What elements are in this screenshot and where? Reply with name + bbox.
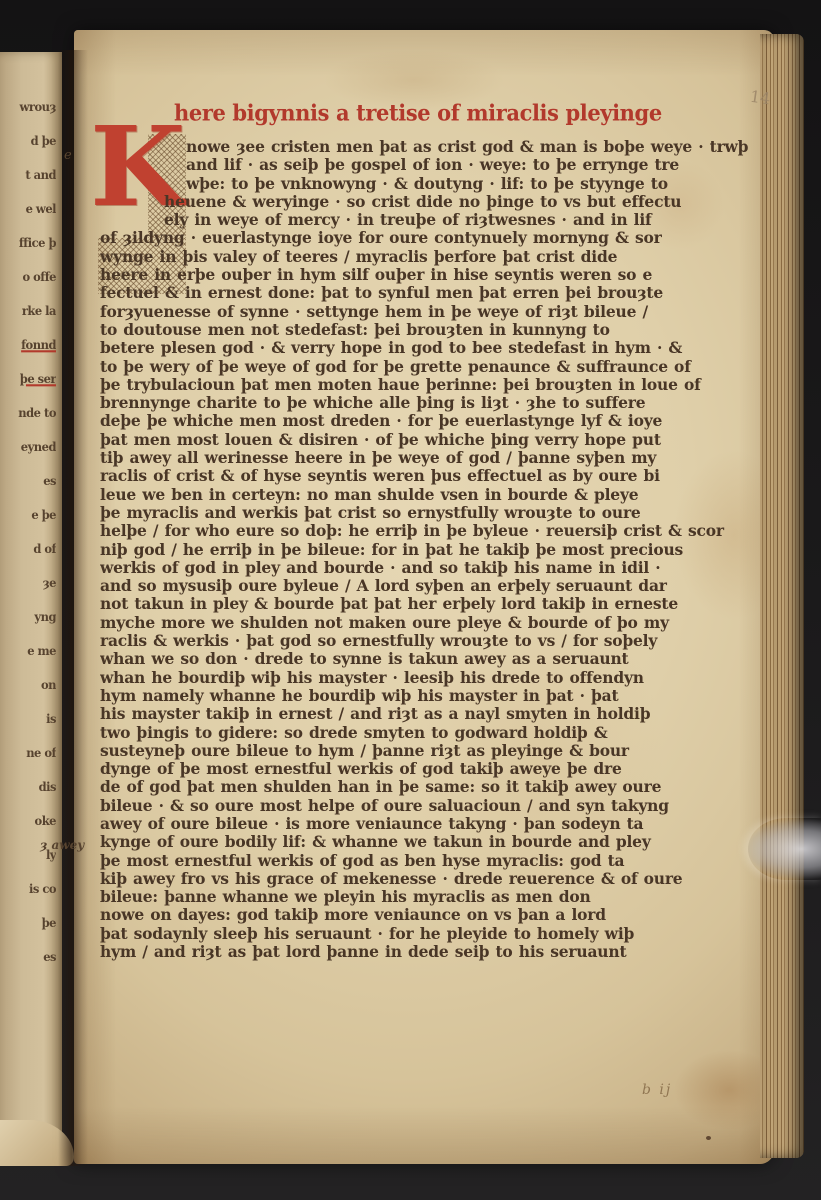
text-fragment: eyned xyxy=(0,429,56,465)
text-fragment: ffice þ xyxy=(0,225,56,261)
text-line: tiþ awey all werinesse heere in þe weye … xyxy=(100,449,750,468)
text-line: wynge in þis valey of teeres / myraclis … xyxy=(100,247,750,266)
ink-speck xyxy=(706,1136,711,1140)
text-line: fectuel & in ernest done: þat to synful … xyxy=(100,284,750,303)
text-line: kiþ awey fro vs his grace of mekenesse ·… xyxy=(100,870,750,889)
text-line: de of god þat men shulden han in þe same… xyxy=(100,778,750,797)
text-line: and so mysusiþ oure byleue / A lord syþe… xyxy=(100,577,750,596)
text-fragment: e me xyxy=(0,633,56,669)
text-line: þe trybulacioun þat men moten haue þerin… xyxy=(100,375,750,394)
text-line: heere in erþe ouþer in hym silf ouþer in… xyxy=(100,266,750,285)
text-line: dynge of þe most ernestful werkis of god… xyxy=(100,760,750,779)
text-line: not takun in pley & bourde þat þat her e… xyxy=(100,595,750,614)
text-line: bileue: þanne whanne we pleyin his myrac… xyxy=(100,888,750,907)
margin-note: ȝ awey xyxy=(40,838,84,852)
text-line: his mayster takiþ in ernest / and riȝt a… xyxy=(100,705,750,724)
body-text: nowe ȝee cristen men þat as crist god & … xyxy=(100,138,750,961)
text-line: þat men most louen & disiren · of þe whi… xyxy=(100,430,750,449)
text-line: hym / and riȝt as þat lord þanne in dede… xyxy=(100,943,750,962)
text-fragment: dis xyxy=(0,769,56,805)
text-line: to doutouse men not stedefast: þei brouȝ… xyxy=(100,321,750,340)
text-fragment: ȝe xyxy=(0,565,56,601)
text-line: forȝyuenesse of synne · settynge hem in … xyxy=(100,302,750,321)
text-line: brennynge charite to þe whiche alle þing… xyxy=(100,394,750,413)
text-fragment: e þe xyxy=(0,497,56,533)
text-line: whan we so don · drede to synne is takun… xyxy=(100,650,750,669)
text-fragment: on xyxy=(0,667,56,703)
text-line: raclis & werkis · þat god so ernestfully… xyxy=(100,632,750,651)
text-fragment: t and xyxy=(0,157,56,193)
text-fragment: d þe xyxy=(0,123,56,159)
manuscript-page: here bigynnis a tretise of miraclis pley… xyxy=(74,30,774,1164)
text-line: bileue · & so oure most helpe of oure sa… xyxy=(100,796,750,815)
text-line: betere plesen god · & verry hope in god … xyxy=(100,339,750,358)
text-line: þe myraclis and werkis þat crist so erny… xyxy=(100,504,750,523)
text-line: leue we ben in certeyn: no man shulde vs… xyxy=(100,485,750,504)
open-book: wrouȝd þet ande welffice þo offerke lafo… xyxy=(0,24,808,1170)
text-fragment: is xyxy=(0,701,56,737)
text-line: helþe / for who eure so doþ: he erriþ in… xyxy=(100,522,750,541)
page-holder-clip xyxy=(748,818,821,880)
text-line: werkis of god in pley and bourde · and s… xyxy=(100,558,750,577)
text-fragment: fonnd xyxy=(0,327,56,363)
text-line: of ȝildyng · euerlastynge ioye for oure … xyxy=(100,229,750,248)
text-fragment: þe ser xyxy=(0,361,56,397)
text-line: deþe þe whiche men most dreden · for þe … xyxy=(100,412,750,431)
text-line: whan he bourdiþ wiþ his mayster · leesiþ… xyxy=(100,668,750,687)
text-line: and lif · as seiþ þe gospel of ion · wey… xyxy=(100,156,750,175)
fore-edge-page-stack xyxy=(760,34,804,1158)
text-fragment: o offe xyxy=(0,259,56,295)
text-fragment: d of xyxy=(0,531,56,567)
text-fragment: ne of xyxy=(0,735,56,771)
rubric-heading: here bigynnis a tretise of miraclis pley… xyxy=(174,99,734,126)
text-line: awey of oure bileue · is more veniaunce … xyxy=(100,815,750,834)
guide-letter: e xyxy=(64,148,72,163)
text-line: hym namely whanne he bourdiþ wiþ his may… xyxy=(100,687,750,706)
text-fragment: yng xyxy=(0,599,56,635)
text-line: raclis of crist & of hyse seyntis weren … xyxy=(100,467,750,486)
text-line: two þingis to gidere: so drede smyten to… xyxy=(100,723,750,742)
text-line: niþ god / he erriþ in þe bileue: for in … xyxy=(100,540,750,559)
manuscript-photo: wrouȝd þet ande welffice þo offerke lafo… xyxy=(0,0,821,1200)
text-fragment: es xyxy=(0,939,56,975)
text-fragment: rke la xyxy=(0,293,56,329)
quire-signature: b ij xyxy=(642,1082,672,1098)
text-fragment: þe xyxy=(0,905,56,941)
text-line: myche more we shulden not maken oure ple… xyxy=(100,613,750,632)
text-fragment: oke xyxy=(0,803,56,839)
text-fragment: es xyxy=(0,463,56,499)
text-line: heuene & weryinge · so crist dide no þin… xyxy=(100,193,750,212)
text-fragment: wrouȝ xyxy=(0,89,56,125)
text-line: wþe: to þe vnknowyng · & doutyng · lif: … xyxy=(100,174,750,193)
gutter-shadow xyxy=(58,50,88,1166)
previous-page-edge: wrouȝd þet ande welffice þo offerke lafo… xyxy=(0,52,62,1160)
text-fragment: nde to xyxy=(0,395,56,431)
text-line: kynge of oure bodily lif: & whanne we ta… xyxy=(100,833,750,852)
text-fragment: e wel xyxy=(0,191,56,227)
folio-number: 14 xyxy=(749,87,772,109)
text-line: þat sodaynly sleeþ his seruaunt · for he… xyxy=(100,924,750,943)
text-line: susteyneþ oure bileue to hym / þanne riȝ… xyxy=(100,741,750,760)
text-line: þe most ernestful werkis of god as ben h… xyxy=(100,851,750,870)
text-line: nowe on dayes: god takiþ more veniaunce … xyxy=(100,906,750,925)
text-line: ely in weye of mercy · in treuþe of riȝt… xyxy=(100,211,750,230)
text-line: nowe ȝee cristen men þat as crist god & … xyxy=(100,138,750,157)
text-line: to þe wery of þe weye of god for þe gret… xyxy=(100,357,750,376)
text-fragment: is co xyxy=(0,871,56,907)
